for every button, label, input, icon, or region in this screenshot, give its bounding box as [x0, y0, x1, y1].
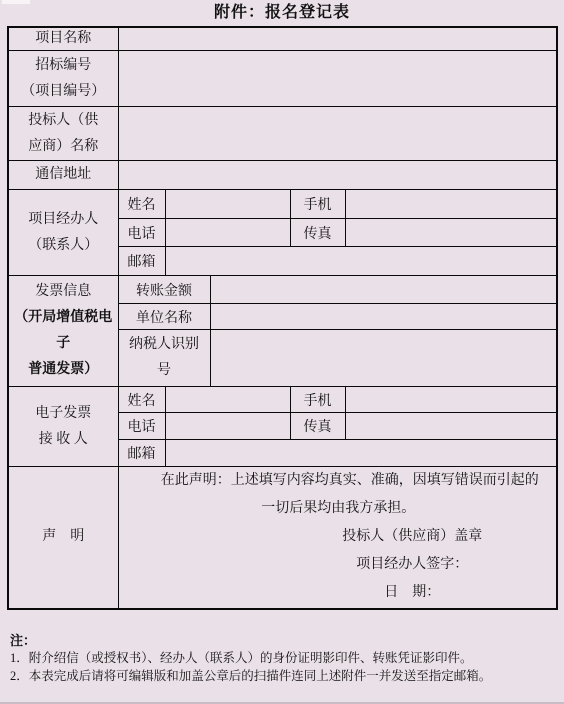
contact-mobile-field[interactable] [345, 190, 557, 219]
date-line[interactable]: 日 期： [119, 579, 557, 607]
table-row: 项目经办人 （联系人） 姓名 手机 [8, 190, 557, 219]
contact-fax-field[interactable] [345, 219, 557, 247]
bidder-name-label-line2: 应商）名称 [9, 134, 118, 160]
contact-phone-field[interactable] [165, 219, 290, 247]
einvoice-phone-label: 电话 [118, 413, 165, 440]
table-row: 项目名称 [8, 27, 557, 51]
invoice-amount-label: 转账金额 [118, 276, 210, 304]
einvoice-name-label: 姓名 [118, 387, 165, 413]
stamp-line[interactable]: 投标人（供应商）盖章 [119, 523, 557, 551]
invoice-taxid-field[interactable] [210, 330, 557, 387]
corner-artifact [2, 0, 30, 4]
invoice-section-label-line2: （开局增值税电子 [9, 305, 118, 357]
einvoice-section-label: 电子发票 接 收 人 [8, 387, 118, 467]
einvoice-email-label: 邮箱 [118, 440, 165, 467]
project-name-field[interactable] [118, 27, 557, 51]
notes-heading: 注： [10, 632, 554, 649]
signature-line[interactable]: 项目经办人签字： [119, 551, 557, 579]
einvoice-fax-label: 传真 [290, 413, 345, 440]
invoice-taxid-label-line1: 纳税人识别 [119, 332, 210, 358]
contact-name-label: 姓名 [118, 190, 165, 219]
note-item-2: 2．本表完成后请将可编辑版和加盖公章后的扫描件连同上述附件一并发送至指定邮箱。 [10, 667, 554, 685]
contact-email-label: 邮箱 [118, 247, 165, 276]
address-field[interactable] [118, 161, 557, 190]
table-row: 发票信息 （开局增值税电子 普通发票） 转账金额 [8, 276, 557, 304]
table-row: 声 明 在此声明：上述填写内容均真实、准确，因填写错误而引起的 一切后果均由我方… [8, 467, 557, 609]
einvoice-email-field[interactable] [165, 440, 557, 467]
invoice-section-label-line1: 发票信息 [9, 279, 118, 305]
tender-number-label-line1: 招标编号 [9, 53, 118, 79]
address-label: 通信地址 [8, 161, 118, 190]
contact-section-label: 项目经办人 （联系人） [8, 190, 118, 276]
table-row: 投标人（供 应商）名称 [8, 107, 557, 161]
declaration-text-line2: 一切后果均由我方承担。 [119, 495, 557, 523]
invoice-taxid-label-line2: 号 [119, 358, 210, 384]
contact-mobile-label: 手机 [290, 190, 345, 219]
registration-table: 项目名称 招标编号 （项目编号） 投标人（供 应商）名称 通信地址 [7, 26, 558, 610]
table-row: 通信地址 [8, 161, 557, 190]
einvoice-name-field[interactable] [165, 387, 290, 413]
table-row: 电子发票 接 收 人 姓名 手机 [8, 387, 557, 413]
document-page: 附件：报名登记表 项目名称 招标编号 （项目编号） 投标人（供 应商）名称 [0, 0, 564, 704]
bidder-name-label: 投标人（供 应商）名称 [8, 107, 118, 161]
invoice-amount-field[interactable] [210, 276, 557, 304]
invoice-company-field[interactable] [210, 304, 557, 330]
contact-phone-label: 电话 [118, 219, 165, 247]
declaration-text-line1: 在此声明：上述填写内容均真实、准确，因填写错误而引起的 [119, 467, 557, 495]
declaration-cell: 在此声明：上述填写内容均真实、准确，因填写错误而引起的 一切后果均由我方承担。 … [118, 467, 557, 609]
einvoice-mobile-field[interactable] [345, 387, 557, 413]
contact-section-label-line1: 项目经办人 [9, 207, 118, 233]
note-item-1: 1．附介绍信（或授权书）、经办人（联系人）的身份证明影印件、转账凭证影印件。 [10, 649, 554, 667]
contact-email-field[interactable] [165, 247, 557, 276]
page-title: 附件：报名登记表 [0, 0, 564, 24]
project-name-label: 项目名称 [8, 27, 118, 51]
tender-number-label-line2: （项目编号） [9, 79, 118, 105]
invoice-company-label: 单位名称 [118, 304, 210, 330]
invoice-taxid-label: 纳税人识别 号 [118, 330, 210, 387]
tender-number-field[interactable] [118, 51, 557, 107]
invoice-section-label-line3: 普通发票） [9, 357, 118, 383]
einvoice-fax-field[interactable] [345, 413, 557, 440]
einvoice-section-label-line2: 接 收 人 [9, 427, 118, 453]
notes-section: 注： 1．附介绍信（或授权书）、经办人（联系人）的身份证明影印件、转账凭证影印件… [10, 632, 554, 685]
bidder-name-field[interactable] [118, 107, 557, 161]
contact-name-field[interactable] [165, 190, 290, 219]
bidder-name-label-line1: 投标人（供 [9, 108, 118, 134]
contact-section-label-line2: （联系人） [9, 233, 118, 259]
invoice-section-label: 发票信息 （开局增值税电子 普通发票） [8, 276, 118, 387]
tender-number-label: 招标编号 （项目编号） [8, 51, 118, 107]
table-row: 招标编号 （项目编号） [8, 51, 557, 107]
declaration-label: 声 明 [8, 467, 118, 609]
contact-fax-label: 传真 [290, 219, 345, 247]
einvoice-section-label-line1: 电子发票 [9, 401, 118, 427]
einvoice-phone-field[interactable] [165, 413, 290, 440]
einvoice-mobile-label: 手机 [290, 387, 345, 413]
